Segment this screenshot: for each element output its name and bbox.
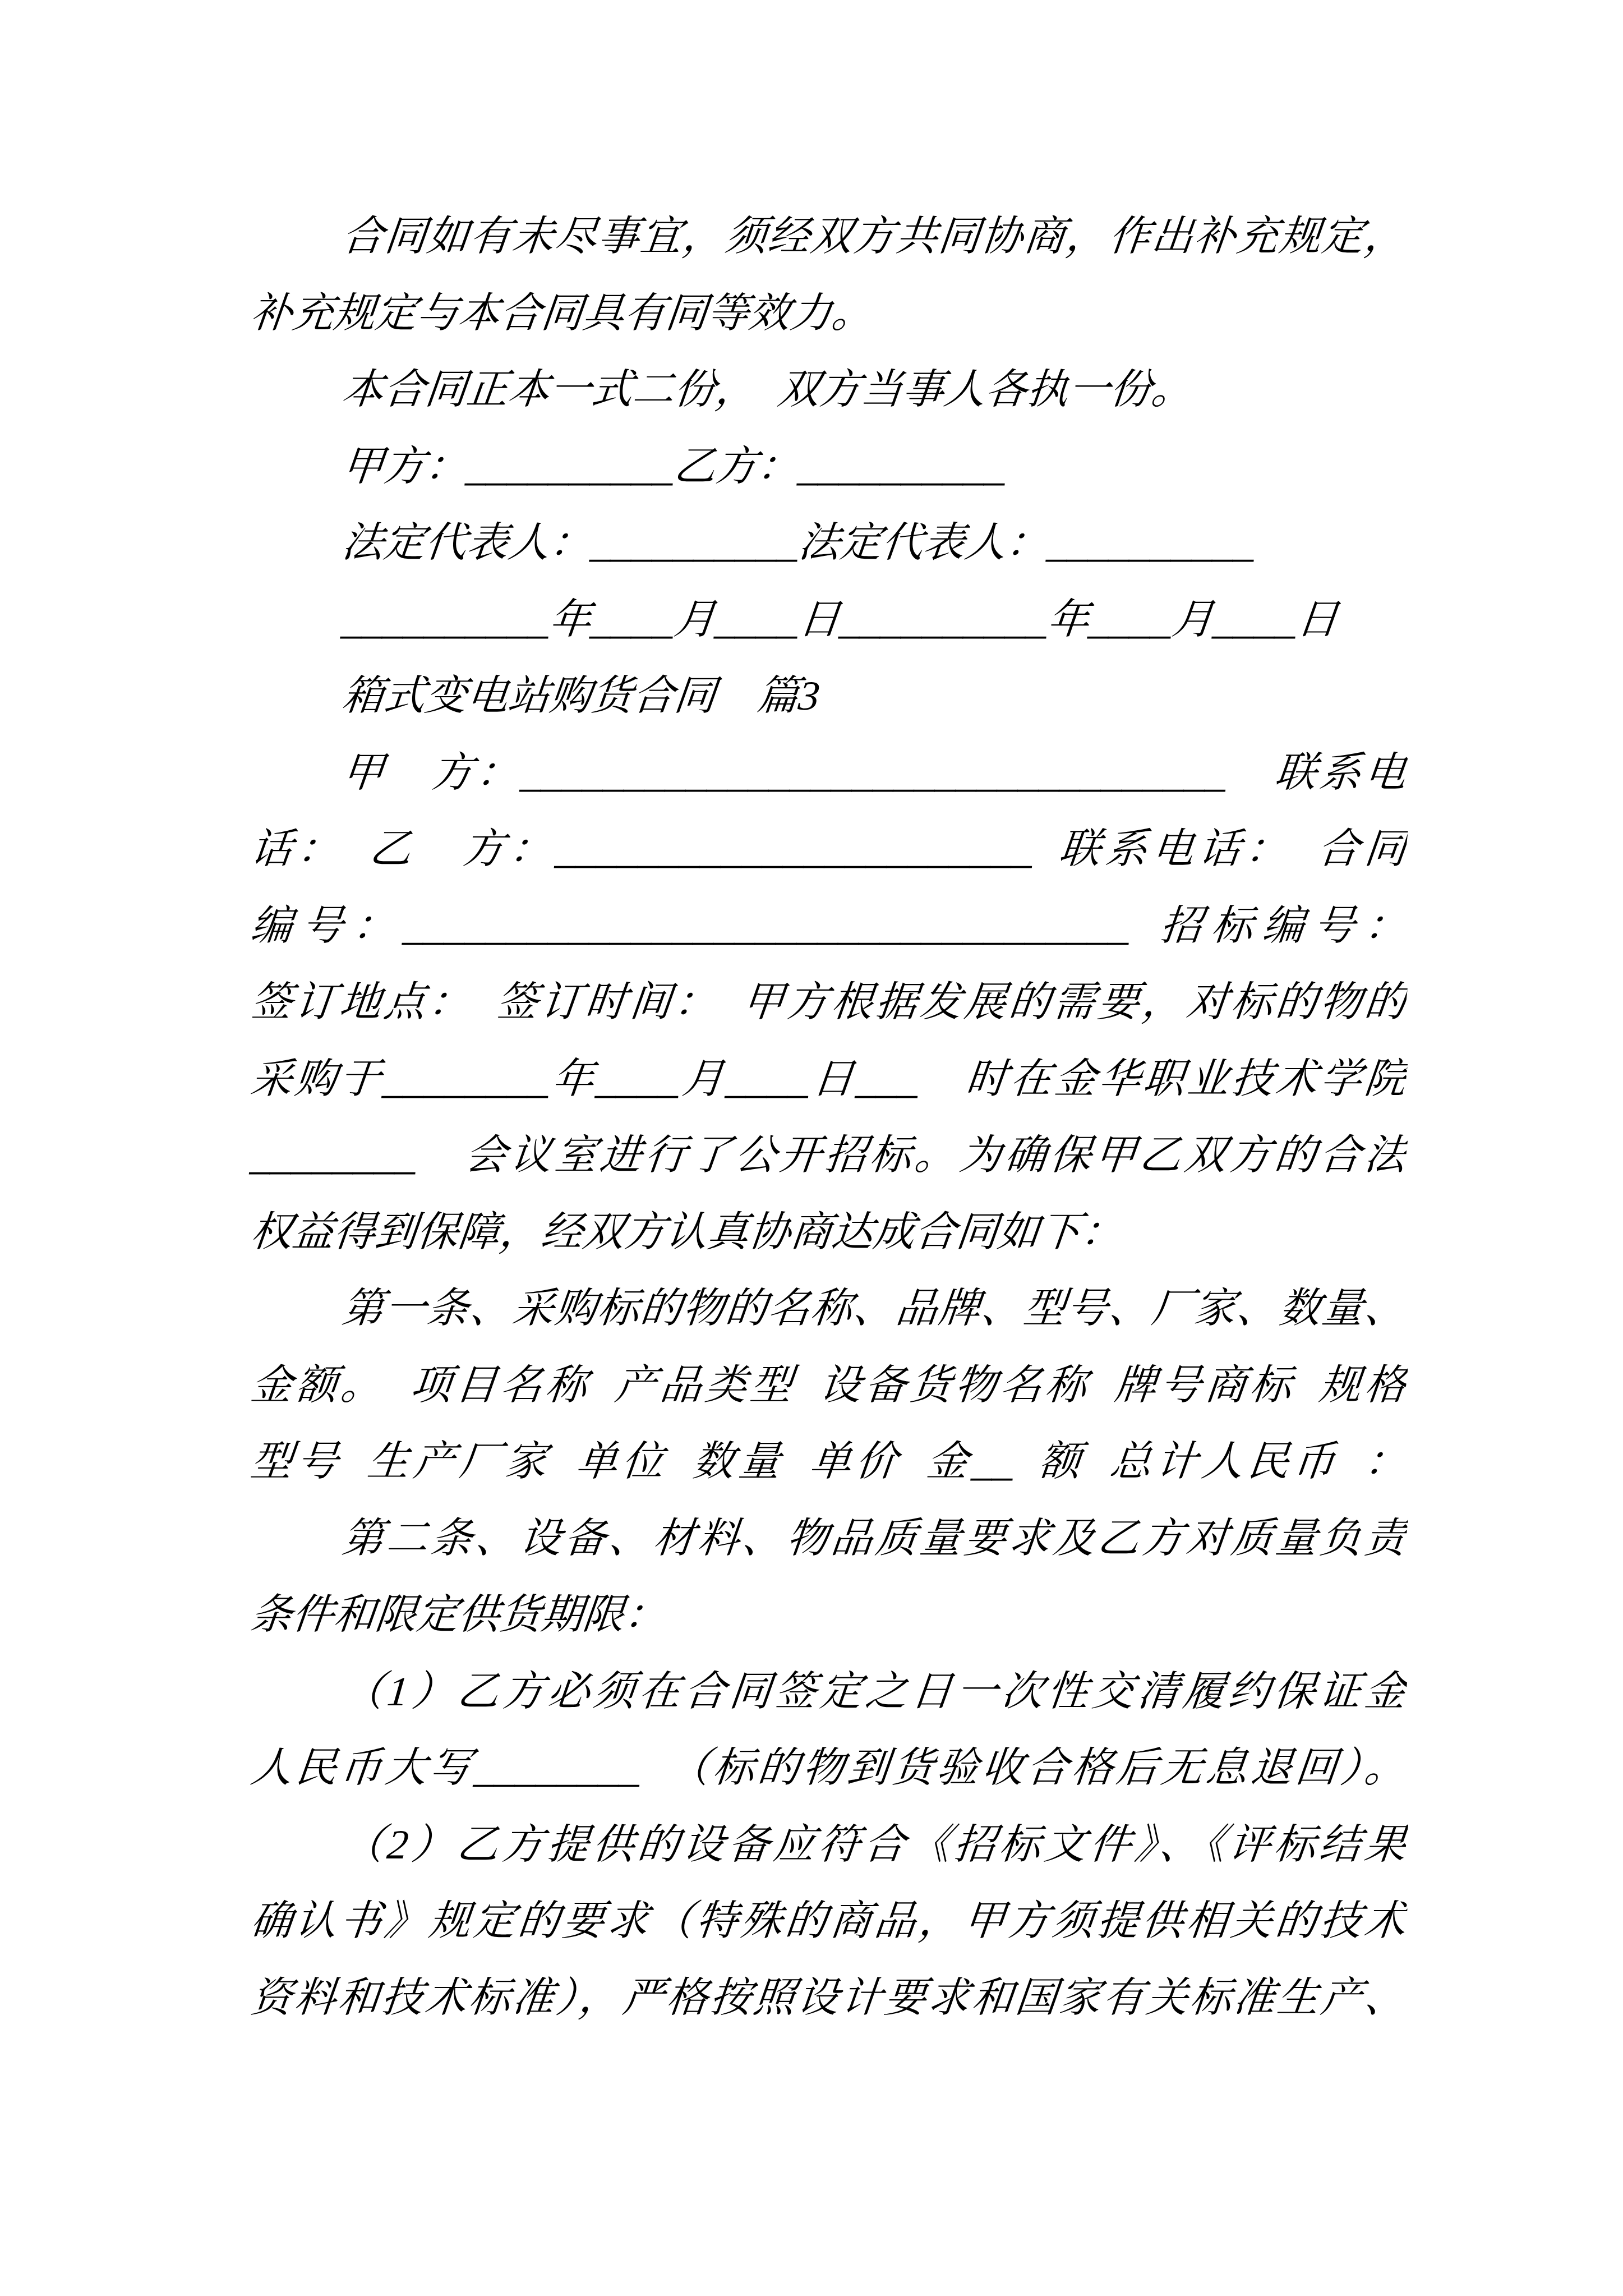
document-line: 采购于________年____月____日___ 时在金华职业技术学院 bbox=[247, 1041, 1410, 1118]
document-line: 话： 乙 方：_______________________ 联系电话： 合同 bbox=[247, 811, 1410, 888]
document-line: 甲 方：__________________________________ 联… bbox=[247, 735, 1410, 812]
document-line: 编号：___________________________________ 招… bbox=[247, 888, 1410, 965]
document-line: 权益得到保障，经双方认真协商达成合同如下： bbox=[247, 1194, 1410, 1271]
document-line: 确认书》规定的要求（特殊的商品，甲方须提供相关的技术 bbox=[247, 1883, 1410, 1960]
document-line: ________ 会议室进行了公开招标。为确保甲乙双方的合法 bbox=[247, 1117, 1410, 1194]
document-line: 箱式变电站购货合同 篇3 bbox=[247, 658, 1410, 735]
document-line: 甲方：__________乙方：__________ bbox=[247, 429, 1410, 505]
document-line: 人民币大写________ （标的物到货验收合格后无息退回）。 bbox=[247, 1730, 1410, 1807]
document-page: 合同如有未尽事宜，须经双方共同协商，作出补充规定，补充规定与本合同具有同等效力。… bbox=[0, 0, 1623, 2296]
document-line: 合同如有未尽事宜，须经双方共同协商，作出补充规定， bbox=[247, 199, 1410, 275]
document-line: 型号 生产厂家 单位 数量 单价 金__ 额 总计人民币 ： bbox=[247, 1424, 1410, 1501]
document-line: 法定代表人：__________法定代表人：__________ bbox=[247, 505, 1410, 582]
document-line: 金额。 项目名称 产品类型 设备货物名称 牌号商标 规格 bbox=[247, 1347, 1410, 1424]
document-line: __________年____月____日__________年____月___… bbox=[247, 582, 1410, 659]
document-line: 签订地点： 签订时间： 甲方根据发展的需要，对标的物的 bbox=[247, 964, 1410, 1041]
document-line: 本合同正本一式二份， 双方当事人各执一份。 bbox=[247, 352, 1410, 429]
document-line: 补充规定与本合同具有同等效力。 bbox=[247, 275, 1410, 352]
document-line: （1）乙方必须在合同签定之日一次性交清履约保证金 bbox=[247, 1654, 1410, 1731]
document-line: 第二条、设备、材料、物品质量要求及乙方对质量负责 bbox=[247, 1501, 1410, 1577]
document-line: 条件和限定供货期限： bbox=[247, 1577, 1410, 1654]
document-line: （2）乙方提供的设备应符合《招标文件》、《评标结果 bbox=[247, 1807, 1410, 1884]
document-line: 第一条、采购标的物的名称、品牌、型号、厂家、数量、 bbox=[247, 1271, 1410, 1347]
document-body: 合同如有未尽事宜，须经双方共同协商，作出补充规定，补充规定与本合同具有同等效力。… bbox=[247, 199, 1402, 2036]
document-line: 资料和技术标准），严格按照设计要求和国家有关标准生产、 bbox=[247, 1960, 1410, 2037]
